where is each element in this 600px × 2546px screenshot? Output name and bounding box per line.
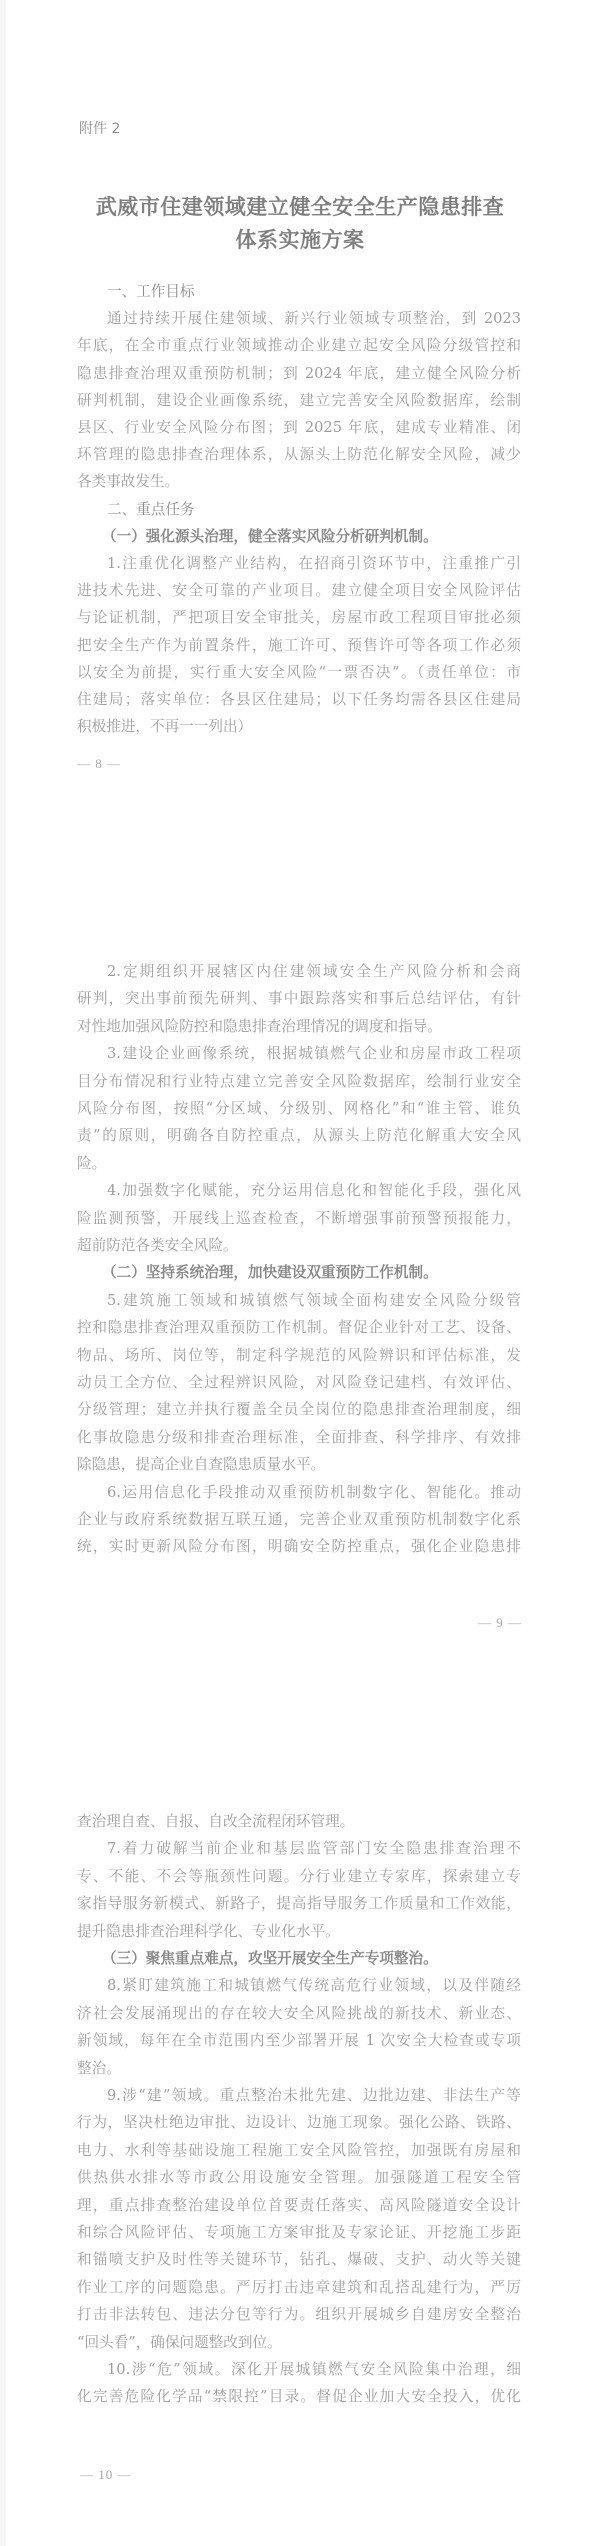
body-text-line: 提升隐患排查治理科学化、专业化水平。 bbox=[77, 1923, 521, 1943]
subsection-heading: （三）聚焦重点难点，攻坚开展安全生产专项整治。 bbox=[77, 1950, 521, 1970]
body-text-line: 动员工全方位、全过程辨识风险，对风险登记建档、有效评估、 bbox=[77, 1374, 521, 1394]
body-text-line: 供热供水排水等市政公用设施安全管理。加强隧道工程安全管 bbox=[77, 2169, 521, 2189]
body-text-line: 专、不能、不会等瓶颈性问题。分行业建立专家库，探索建立专 bbox=[77, 1868, 521, 1888]
body-text-line: 查治理自查、自报、自改全流程闭环管理。 bbox=[77, 1813, 521, 1833]
body-text-line: 理，重点排查整治建设单位首要责任落实、高风险隧道安全设计 bbox=[77, 2197, 521, 2217]
body-text-line: 研判，突出事前预先研判、事中跟踪落实和事后总结评估，有针 bbox=[77, 990, 521, 1010]
body-text-line: 4.加强数字化赋能，充分运用信息化和智能化手段，强化风 bbox=[77, 1182, 521, 1202]
page-number-10: — 10 — bbox=[80, 2467, 132, 2483]
body-text-line: 新领域，每年在全市范围内至少部署开展 1 次安全大检查或专项 bbox=[77, 2032, 521, 2052]
page-number-9: — 9 — bbox=[470, 1615, 522, 1631]
body-text-line: 9.涉“建”领域。重点整治未批先建、边批边建、非法生产等 bbox=[77, 2087, 521, 2107]
body-text-line: 险监测预警，开展线上巡查检查，不断增强事前预警预报能力， bbox=[77, 1210, 521, 1230]
body-text-line: 济社会发展涌现出的存在较大安全风险挑战的新技术、新业态、 bbox=[77, 2005, 521, 2025]
body-text-line: 10.涉“危”领域。深化开展城镇燃气安全风险集中治理，细 bbox=[77, 2361, 521, 2381]
body-text-line: 隐患排查治理双重预防机制；到 2024 年底，建立健全风险分析 bbox=[77, 365, 521, 385]
page-number-8: — 8 — bbox=[77, 756, 121, 772]
body-text-line: 目分布情况和行业特点建立完善安全风险数据库，绘制行业安全 bbox=[77, 1073, 521, 1093]
body-text-line: 2.定期组织开展辖区内住建领域安全生产风险分析和会商 bbox=[77, 963, 521, 983]
body-text-line: 环管理的隐患排查治理体系，从源头上防范化解安全风险，减少 bbox=[77, 446, 521, 466]
body-text-line: 和综合风险评估、专项施工方案审批及专家论证、开挖施工步距 bbox=[77, 2224, 521, 2244]
body-text-line: 超前防范各类安全风险。 bbox=[77, 1237, 521, 1257]
body-text-line: 化事故隐患分级和排查治理标准，全面排查、科学排序、有效排 bbox=[77, 1429, 521, 1449]
scan-edge bbox=[0, 0, 6, 2546]
body-text-line: 责”的原则，明确各自防控重点，从源头上防范化解重大安全风 bbox=[77, 1127, 521, 1147]
body-text-line: 3.建设企业画像系统，根据城镇燃气企业和房屋市政工程项 bbox=[77, 1045, 521, 1065]
subsection-heading: （二）坚持系统治理，加快建设双重预防工作机制。 bbox=[77, 1264, 521, 1284]
body-text-line: 行为，坚决杜绝边审批、边设计、边施工现象。强化公路、铁路、 bbox=[77, 2114, 521, 2134]
body-text-line: 以安全为前提，实行重大安全风险“一票否决”。（责任单位：市 bbox=[77, 664, 521, 684]
subsection-heading: （一）强化源头治理，健全落实风险分析研判机制。 bbox=[77, 528, 521, 548]
body-text-line: 打击非法转包、违法分包等行为。组织开展城乡自建房安全整治 bbox=[77, 2306, 521, 2326]
body-text-line: 统，实时更新风险分布图，明确安全防控重点，强化企业隐患排 bbox=[77, 1538, 521, 1558]
body-text-line: 年底，在全市重点行业领域推动企业建立起安全风险分级管控和 bbox=[77, 337, 521, 357]
document-title-line-2: 体系实施方案 bbox=[60, 223, 540, 256]
body-text-line: “回头看”，确保问题整改到位。 bbox=[77, 2334, 521, 2354]
body-text-line: 控和隐患排查治理双重预防工作机制。督促企业针对工艺、设备、 bbox=[77, 1319, 521, 1339]
document-title-line-1: 武威市住建领域建立健全安全生产隐患排查 bbox=[60, 190, 540, 223]
body-text-line: 把安全生产作为前置条件，施工许可、预售许可等各项工作必须 bbox=[77, 637, 521, 657]
attachment-label: 附件 2 bbox=[79, 118, 120, 138]
body-text-line: 研判机制，建设企业画像系统，建立完善安全风险数据库，绘制 bbox=[77, 392, 521, 412]
body-text-line: 险。 bbox=[77, 1155, 521, 1175]
body-text-line: 和锚喷支护及时性等关键环节，钻孔、爆破、支护、动火等关键 bbox=[77, 2251, 521, 2271]
body-text-line: 7.着力破解当前企业和基层监管部门安全隐患排查治理不 bbox=[77, 1840, 521, 1860]
body-text-line: 8.紧盯建筑施工和城镇燃气传统高危行业领域，以及伴随经 bbox=[77, 1977, 521, 1997]
body-text-line: 家指导服务新模式、新路子，提高指导服务工作质量和工作效能， bbox=[77, 1895, 521, 1915]
body-text-line: 5.建筑施工领域和城镇燃气领域全面构建安全风险分级管 bbox=[77, 1292, 521, 1312]
body-text-line: 1.注重优化调整产业结构，在招商引资环节中，注重推广引 bbox=[77, 555, 521, 575]
body-text-line: 县区、行业安全风险分布图；到 2025 年底，建成专业精准、闭 bbox=[77, 419, 521, 439]
section-heading: 一、工作目标 bbox=[77, 283, 521, 303]
body-text-line: 与论证机制，严把项目安全审批关，房屋市政工程项目审批必须 bbox=[77, 609, 521, 629]
body-text-line: 通过持续开展住建领域、新兴行业领域专项整治，到 2023 bbox=[77, 310, 521, 330]
body-text-line: 除隐患，提高企业自查隐患质量水平。 bbox=[77, 1456, 521, 1476]
body-text-line: 各类事故发生。 bbox=[77, 473, 521, 493]
body-text-line: 电力、水利等基础设施工程施工安全风险管控，加强既有房屋和 bbox=[77, 2142, 521, 2162]
body-text-line: 企业与政府系统数据互联互通，完善企业双重预防机制数字化系 bbox=[77, 1511, 521, 1531]
body-text-line: 分级管理；建立并执行覆盖全员全岗位的隐患排查治理制度，细 bbox=[77, 1401, 521, 1421]
body-text-line: 6.运用信息化手段推动双重预防机制数字化、智能化。推动 bbox=[77, 1484, 521, 1504]
body-text-line: 整治。 bbox=[77, 2060, 521, 2080]
body-text-line: 风险分布图，按照“分区域、分级别、网格化”和“谁主管、谁负 bbox=[77, 1100, 521, 1120]
body-text-line: 化完善危险化学品“禁限控”目录。督促企业加大安全投入，优化 bbox=[77, 2388, 521, 2408]
body-text-line: 物品、场所、岗位等，制定科学规范的风险辨识和评估标准，发 bbox=[77, 1347, 521, 1367]
body-text-line: 积极推进，不再一一列出） bbox=[77, 718, 521, 738]
body-text-line: 对性地加强风险防控和隐患排查治理情况的调度和指导。 bbox=[77, 1018, 521, 1038]
body-text-line: 作业工序的问题隐患。严厉打击违章建筑和乱搭乱建行为，严厉 bbox=[77, 2279, 521, 2299]
body-text-line: 进技术先进、安全可靠的产业项目。建立健全项目安全风险评估 bbox=[77, 582, 521, 602]
section-heading: 二、重点任务 bbox=[77, 501, 521, 521]
body-text-line: 住建局；落实单位：各县区住建局；以下任务均需各县区住建局 bbox=[77, 691, 521, 711]
